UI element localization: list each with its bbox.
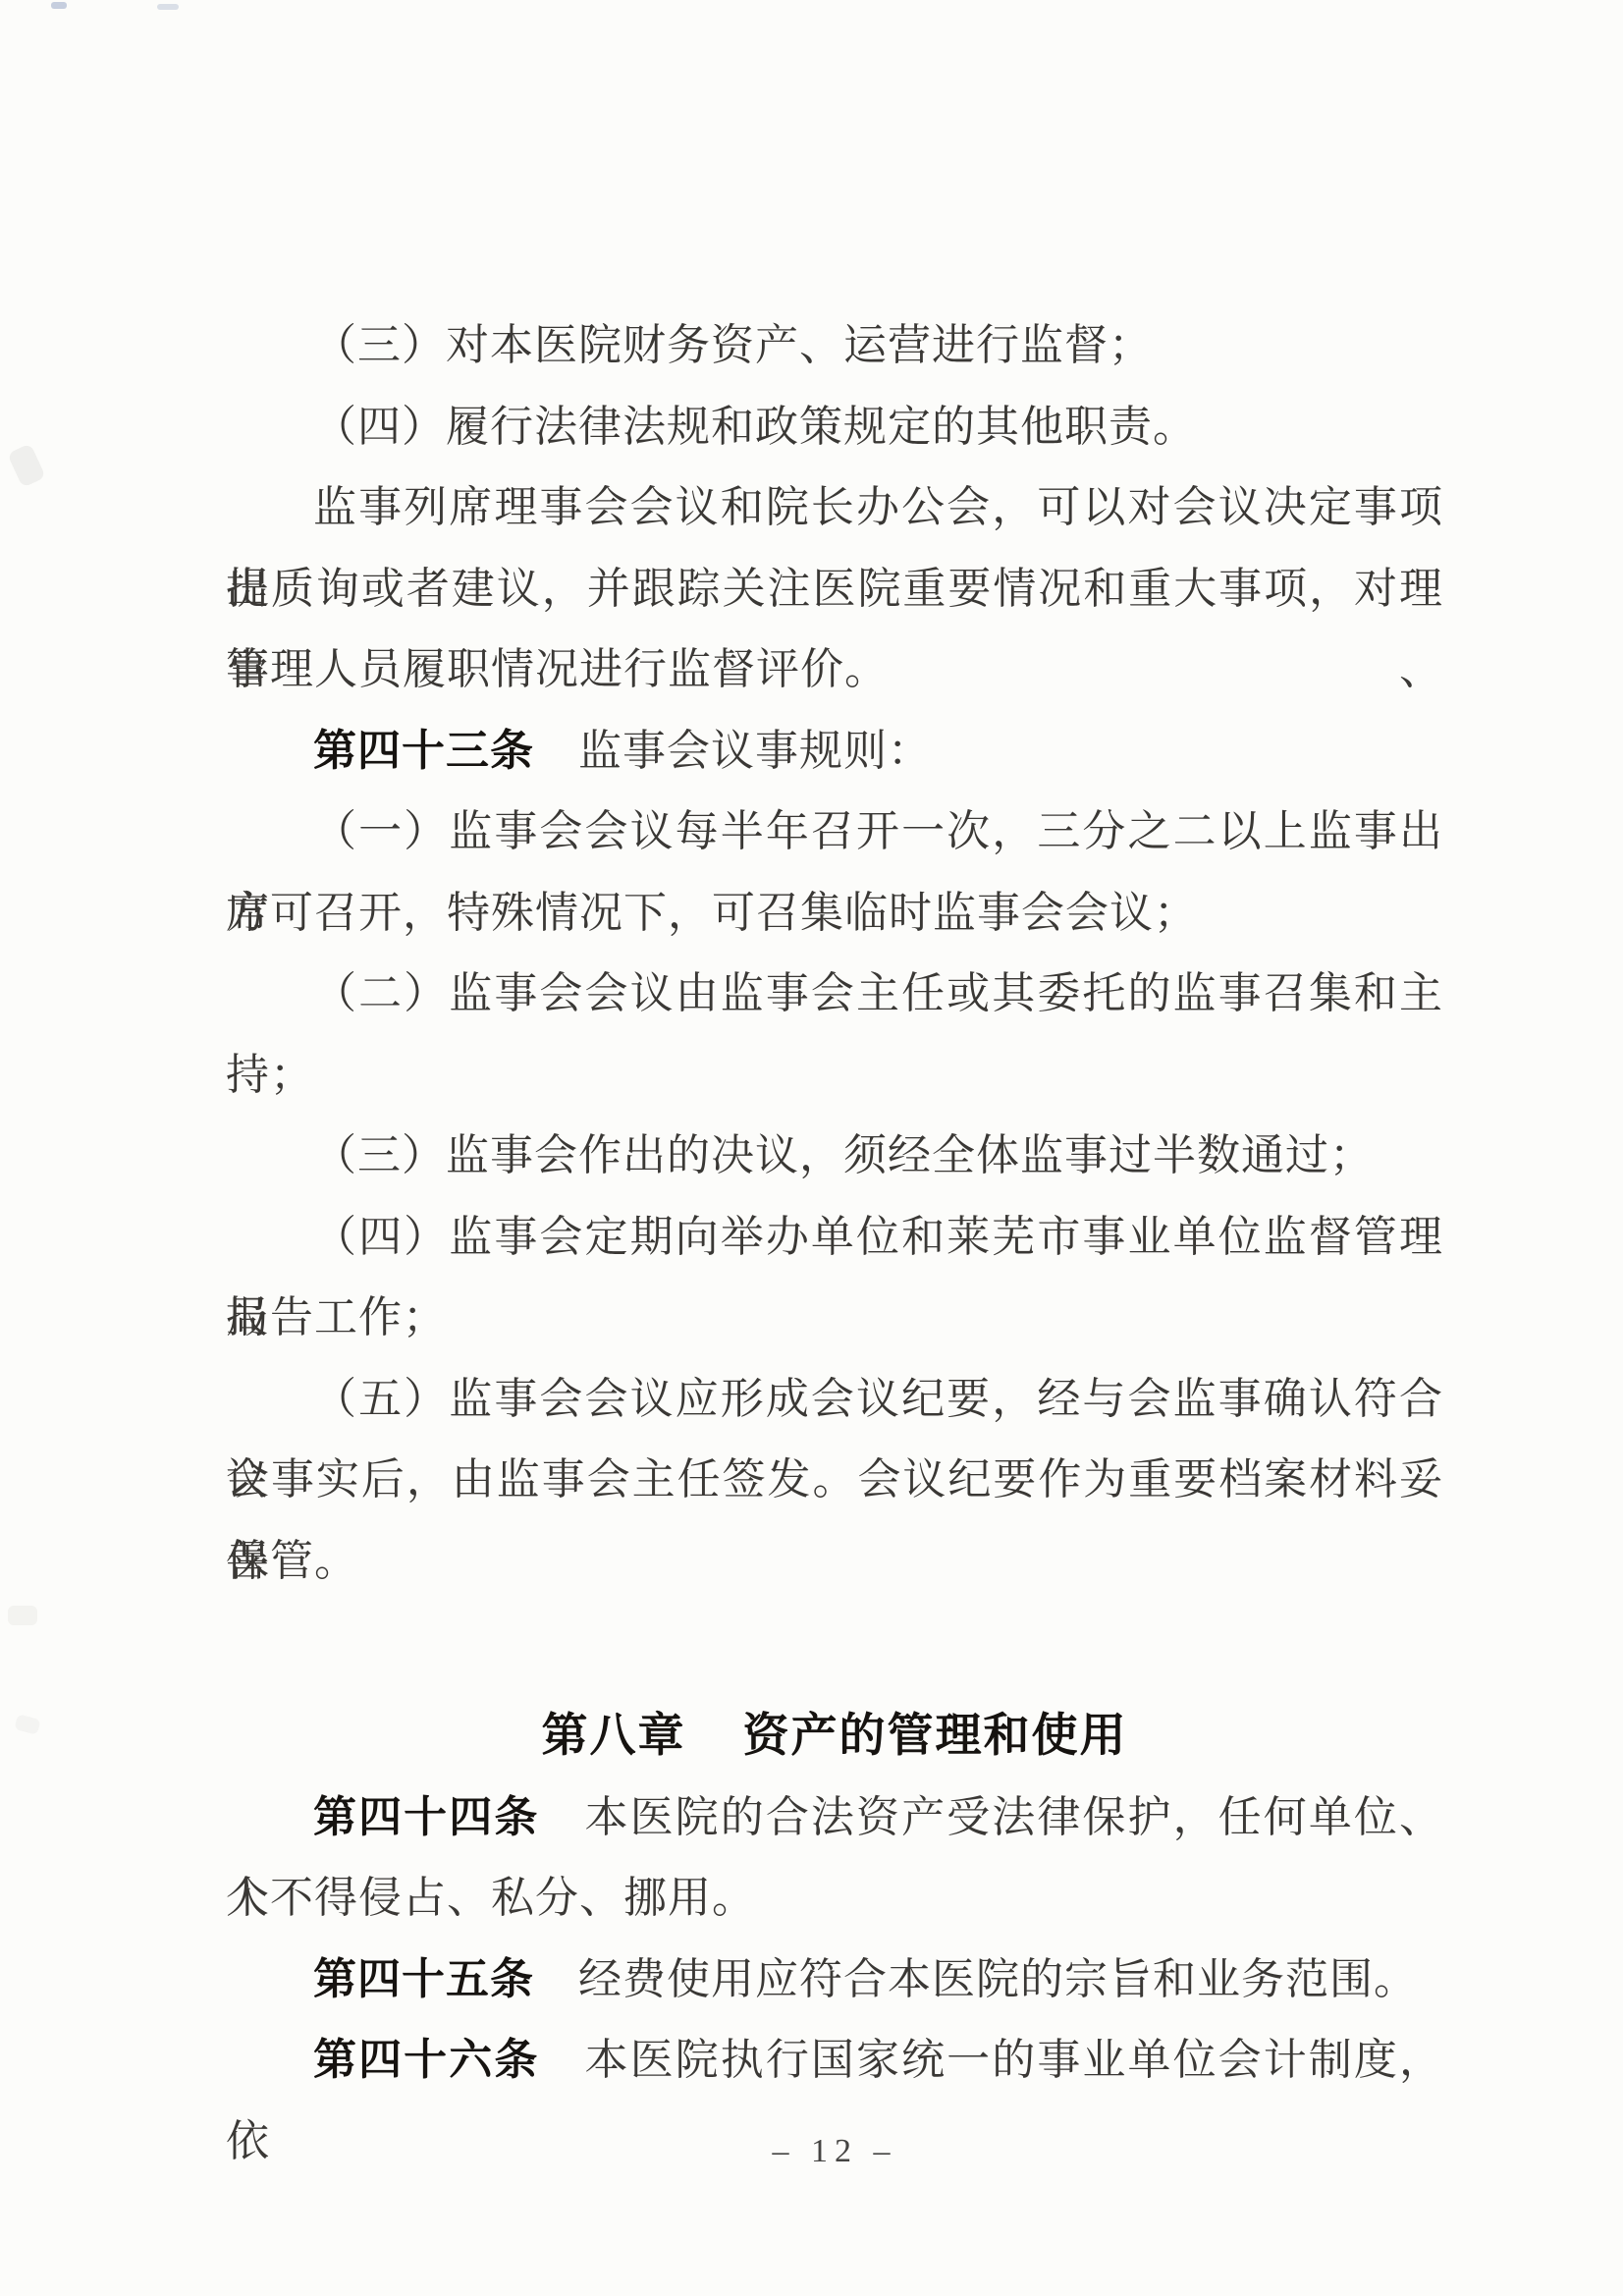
text-line: 方可召开，特殊情况下，可召集临时监事会会议； [226, 873, 1443, 955]
text-line: 出质询或者建议，并跟踪关注医院重要情况和重大事项，对理事、 [226, 549, 1443, 630]
line-text: （四）履行法律法规和政策规定的其他职责。 [313, 403, 1197, 451]
line-text: （二）监事会会议由监事会主任或其委托的监事召集和主 [313, 969, 1443, 1017]
text-line: （四）监事会定期向举办单位和莱芜市事业单位监督管理局 [226, 1197, 1443, 1279]
text-block: （三）对本医院财务资产、运营进行监督；（四）履行法律法规和政策规定的其他职责。监… [226, 305, 1443, 2102]
text-line: 监事列席理事会会议和院长办公会，可以对会议决定事项提 [226, 467, 1443, 549]
article-number: 第四十四条 [313, 1793, 539, 1841]
text-line: 人不得侵占、私分、挪用。 [226, 1858, 1443, 1940]
line-text: 经费使用应符合本医院的宗旨和业务范围。 [534, 1955, 1418, 2003]
body-paragraphs: （三）对本医院财务资产、运营进行监督；（四）履行法律法规和政策规定的其他职责。监… [226, 305, 1443, 1602]
chapter-heading: 第八章资产的管理和使用 [226, 1696, 1443, 1777]
text-line: 第四十五条 经费使用应符合本医院的宗旨和业务范围。 [226, 1940, 1443, 2021]
text-line: 报告工作； [226, 1278, 1443, 1359]
text-line: 持； [226, 1035, 1443, 1117]
text-line: 保管。 [226, 1521, 1443, 1603]
text-line: 议事实后，由监事会主任签发。会议纪要作为重要档案材料妥善 [226, 1440, 1443, 1521]
chapter-title: 资产的管理和使用 [743, 1711, 1128, 1762]
line-text: （三）监事会作出的决议，须经全体监事过半数通过； [313, 1131, 1374, 1179]
text-line: （一）监事会会议每半年召开一次，三分之二以上监事出席 [226, 792, 1443, 873]
line-text: 人不得侵占、私分、挪用。 [226, 1874, 756, 1922]
text-line: （五）监事会会议应形成会议纪要，经与会监事确认符合会 [226, 1359, 1443, 1441]
article-number: 第四十六条 [313, 2036, 539, 2084]
line-text: （三）对本医院财务资产、运营进行监督； [313, 321, 1153, 369]
line-text: 持； [226, 1051, 314, 1099]
line-text: 监事会议事规则： [534, 727, 932, 775]
scan-artifact [8, 1606, 37, 1625]
body-paragraphs: 第四十四条 本医院的合法资产受法律保护，任何单位、个人不得侵占、私分、挪用。第四… [226, 1777, 1443, 2102]
text-line: （二）监事会会议由监事会主任或其委托的监事召集和主 [226, 954, 1443, 1035]
text-line: （四）履行法律法规和政策规定的其他职责。 [226, 387, 1443, 468]
page-number: – 12 – [226, 2133, 1443, 2170]
article-number: 第四十三条 [313, 727, 534, 775]
text-line: （三）对本医院财务资产、运营进行监督； [226, 305, 1443, 387]
line-text: 报告工作； [226, 1293, 447, 1341]
line-text: 管理人员履职情况进行监督评价。 [226, 645, 889, 693]
text-line: 第四十三条 监事会议事规则： [226, 711, 1443, 793]
text-line: 第四十六条 本医院执行国家统一的事业单位会计制度，依 [226, 2020, 1443, 2102]
document-page: （三）对本医院财务资产、运营进行监督；（四）履行法律法规和政策规定的其他职责。监… [0, 0, 1623, 2296]
article-number: 第四十五条 [313, 1955, 534, 2003]
scan-artifact [157, 4, 179, 10]
line-text: 方可召开，特殊情况下，可召集临时监事会会议； [226, 889, 1198, 937]
scan-artifact [14, 1714, 40, 1735]
text-line: （三）监事会作出的决议，须经全体监事过半数通过； [226, 1116, 1443, 1197]
line-text: 保管。 [226, 1537, 358, 1585]
scan-artifact [7, 443, 46, 487]
text-line: 第四十四条 本医院的合法资产受法律保护，任何单位、个 [226, 1777, 1443, 1859]
scan-artifact [51, 2, 67, 9]
chapter-number: 第八章 [542, 1711, 686, 1762]
